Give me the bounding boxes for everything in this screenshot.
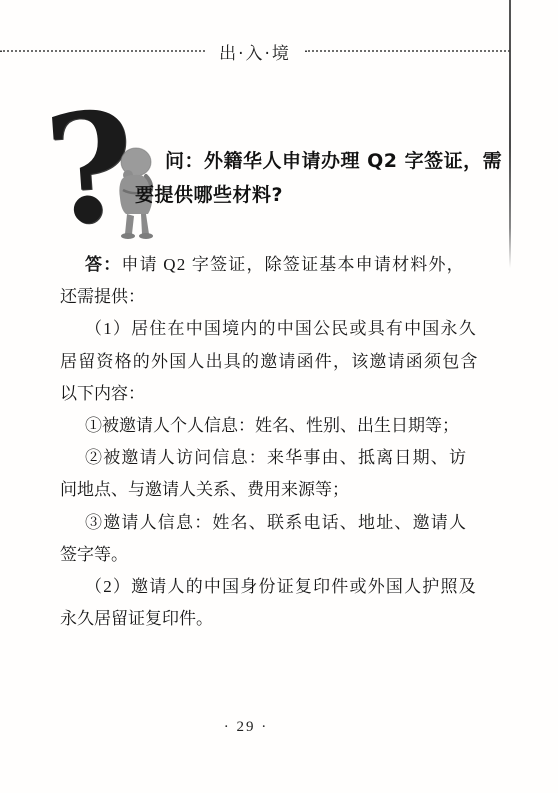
question-line-1: 问：外籍华人申请办理 Q2 字签证，需 <box>135 144 495 178</box>
answer-block: 答：申请 Q2 字签证，除签证基本申请材料外， 还需提供： （1）居住在中国境内… <box>60 249 462 635</box>
running-header: 出·入·境 <box>0 40 510 62</box>
answer-line: 以下内容： <box>60 378 462 410</box>
answer-line: 签字等。 <box>60 539 462 571</box>
answer-line: ③邀请人信息：姓名、联系电话、地址、邀请人 <box>60 507 462 539</box>
answer-line: （1）居住在中国境内的中国公民或具有中国永久 <box>60 313 462 345</box>
answer-line: ②被邀请人访问信息：来华事由、抵离日期、访 <box>60 442 462 474</box>
header-title: 出·入·境 <box>219 39 291 64</box>
answer-line: 问地点、与邀请人关系、费用来源等； <box>60 474 462 506</box>
answer-prefix: 答： <box>85 255 121 274</box>
answer-line: （2）邀请人的中国身份证复印件或外国人护照及 <box>60 571 462 603</box>
question-line-2: 要提供哪些材料? <box>135 178 495 212</box>
book-page: 出·入·境 ? 问：外籍华人申请办理 Q2 字签证，需 要提供哪些材料? 答：申… <box>0 0 558 793</box>
answer-line-text: 申请 Q2 字签证，除签证基本申请材料外， <box>121 255 464 274</box>
answer-line: 答：申请 Q2 字签证，除签证基本申请材料外， <box>60 249 462 281</box>
page-number: · 29 · <box>0 719 492 736</box>
answer-line: 还需提供： <box>60 281 462 313</box>
answer-line: ①被邀请人个人信息：姓名、性别、出生日期等； <box>60 410 462 442</box>
question-block: 问：外籍华人申请办理 Q2 字签证，需 要提供哪些材料? <box>135 144 495 212</box>
answer-line: 居留资格的外国人出具的邀请函件，该邀请函须包含 <box>60 346 462 378</box>
answer-line: 永久居留证复印件。 <box>60 603 462 635</box>
header-dotted-rule-left <box>0 50 205 52</box>
header-dotted-rule-right <box>305 50 510 52</box>
